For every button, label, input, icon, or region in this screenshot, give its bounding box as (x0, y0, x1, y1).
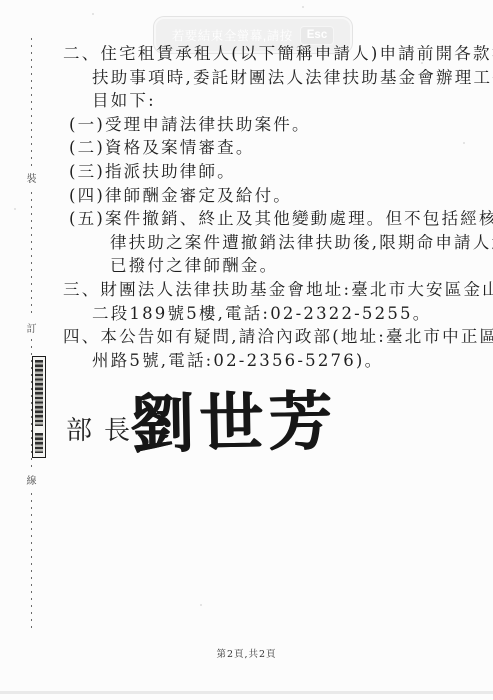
binding-label-xian: 線 (25, 470, 38, 489)
doc-line: (五)案件撤銷、終止及其他變動處理。但不包括經核准法 (69, 207, 473, 231)
stamp-strokes (35, 433, 43, 453)
page-number: 第2頁,共2頁 (0, 646, 493, 660)
doc-line: 三、財團法人法律扶助基金會地址:臺北市大安區金山南路 (63, 278, 473, 302)
scan-speck (302, 6, 304, 8)
binding-label-zhuang: 裝 (25, 168, 38, 187)
binding-label-ding: 訂 (25, 318, 38, 337)
illegible-side-stamp (32, 356, 46, 458)
scan-speck (200, 604, 202, 606)
doc-line: 律扶助之案件遭撤銷法律扶助後,限期命申請人返還 (110, 231, 473, 255)
doc-line: 二段189號5樓,電話:02-2322-5255。 (92, 302, 473, 326)
doc-line: 州路5號,電話:02-2356-5276)。 (92, 349, 473, 373)
doc-line: (二)資格及案情審查。 (69, 136, 473, 160)
doc-line: 二、住宅租賃承租人(以下簡稱申請人)申請前開各款法律 (63, 42, 473, 66)
scan-speck (92, 13, 94, 15)
doc-line: (一)受理申請法律扶助案件。 (69, 113, 473, 137)
scanner-edge-band (0, 691, 493, 694)
doc-line: (四)律師酬金審定及給付。 (69, 184, 473, 208)
minister-signature: 劉世芳 (129, 370, 338, 466)
doc-line: (三)指派扶助律師。 (69, 160, 473, 184)
doc-line: 扶助事項時,委託財團法人法律扶助基金會辦理工作項 (92, 66, 473, 90)
scan-speck (14, 208, 16, 210)
doc-line: 四、本公告如有疑問,請洽內政部(地址:臺北市中正區徐 (63, 325, 473, 349)
doc-line: 已撥付之律師酬金。 (110, 254, 473, 278)
stamp-strokes (35, 360, 43, 426)
announcement-body: 二、住宅租賃承租人(以下簡稱申請人)申請前開各款法律 扶助事項時,委託財團法人法… (63, 42, 473, 372)
doc-line: 目如下: (92, 89, 473, 113)
